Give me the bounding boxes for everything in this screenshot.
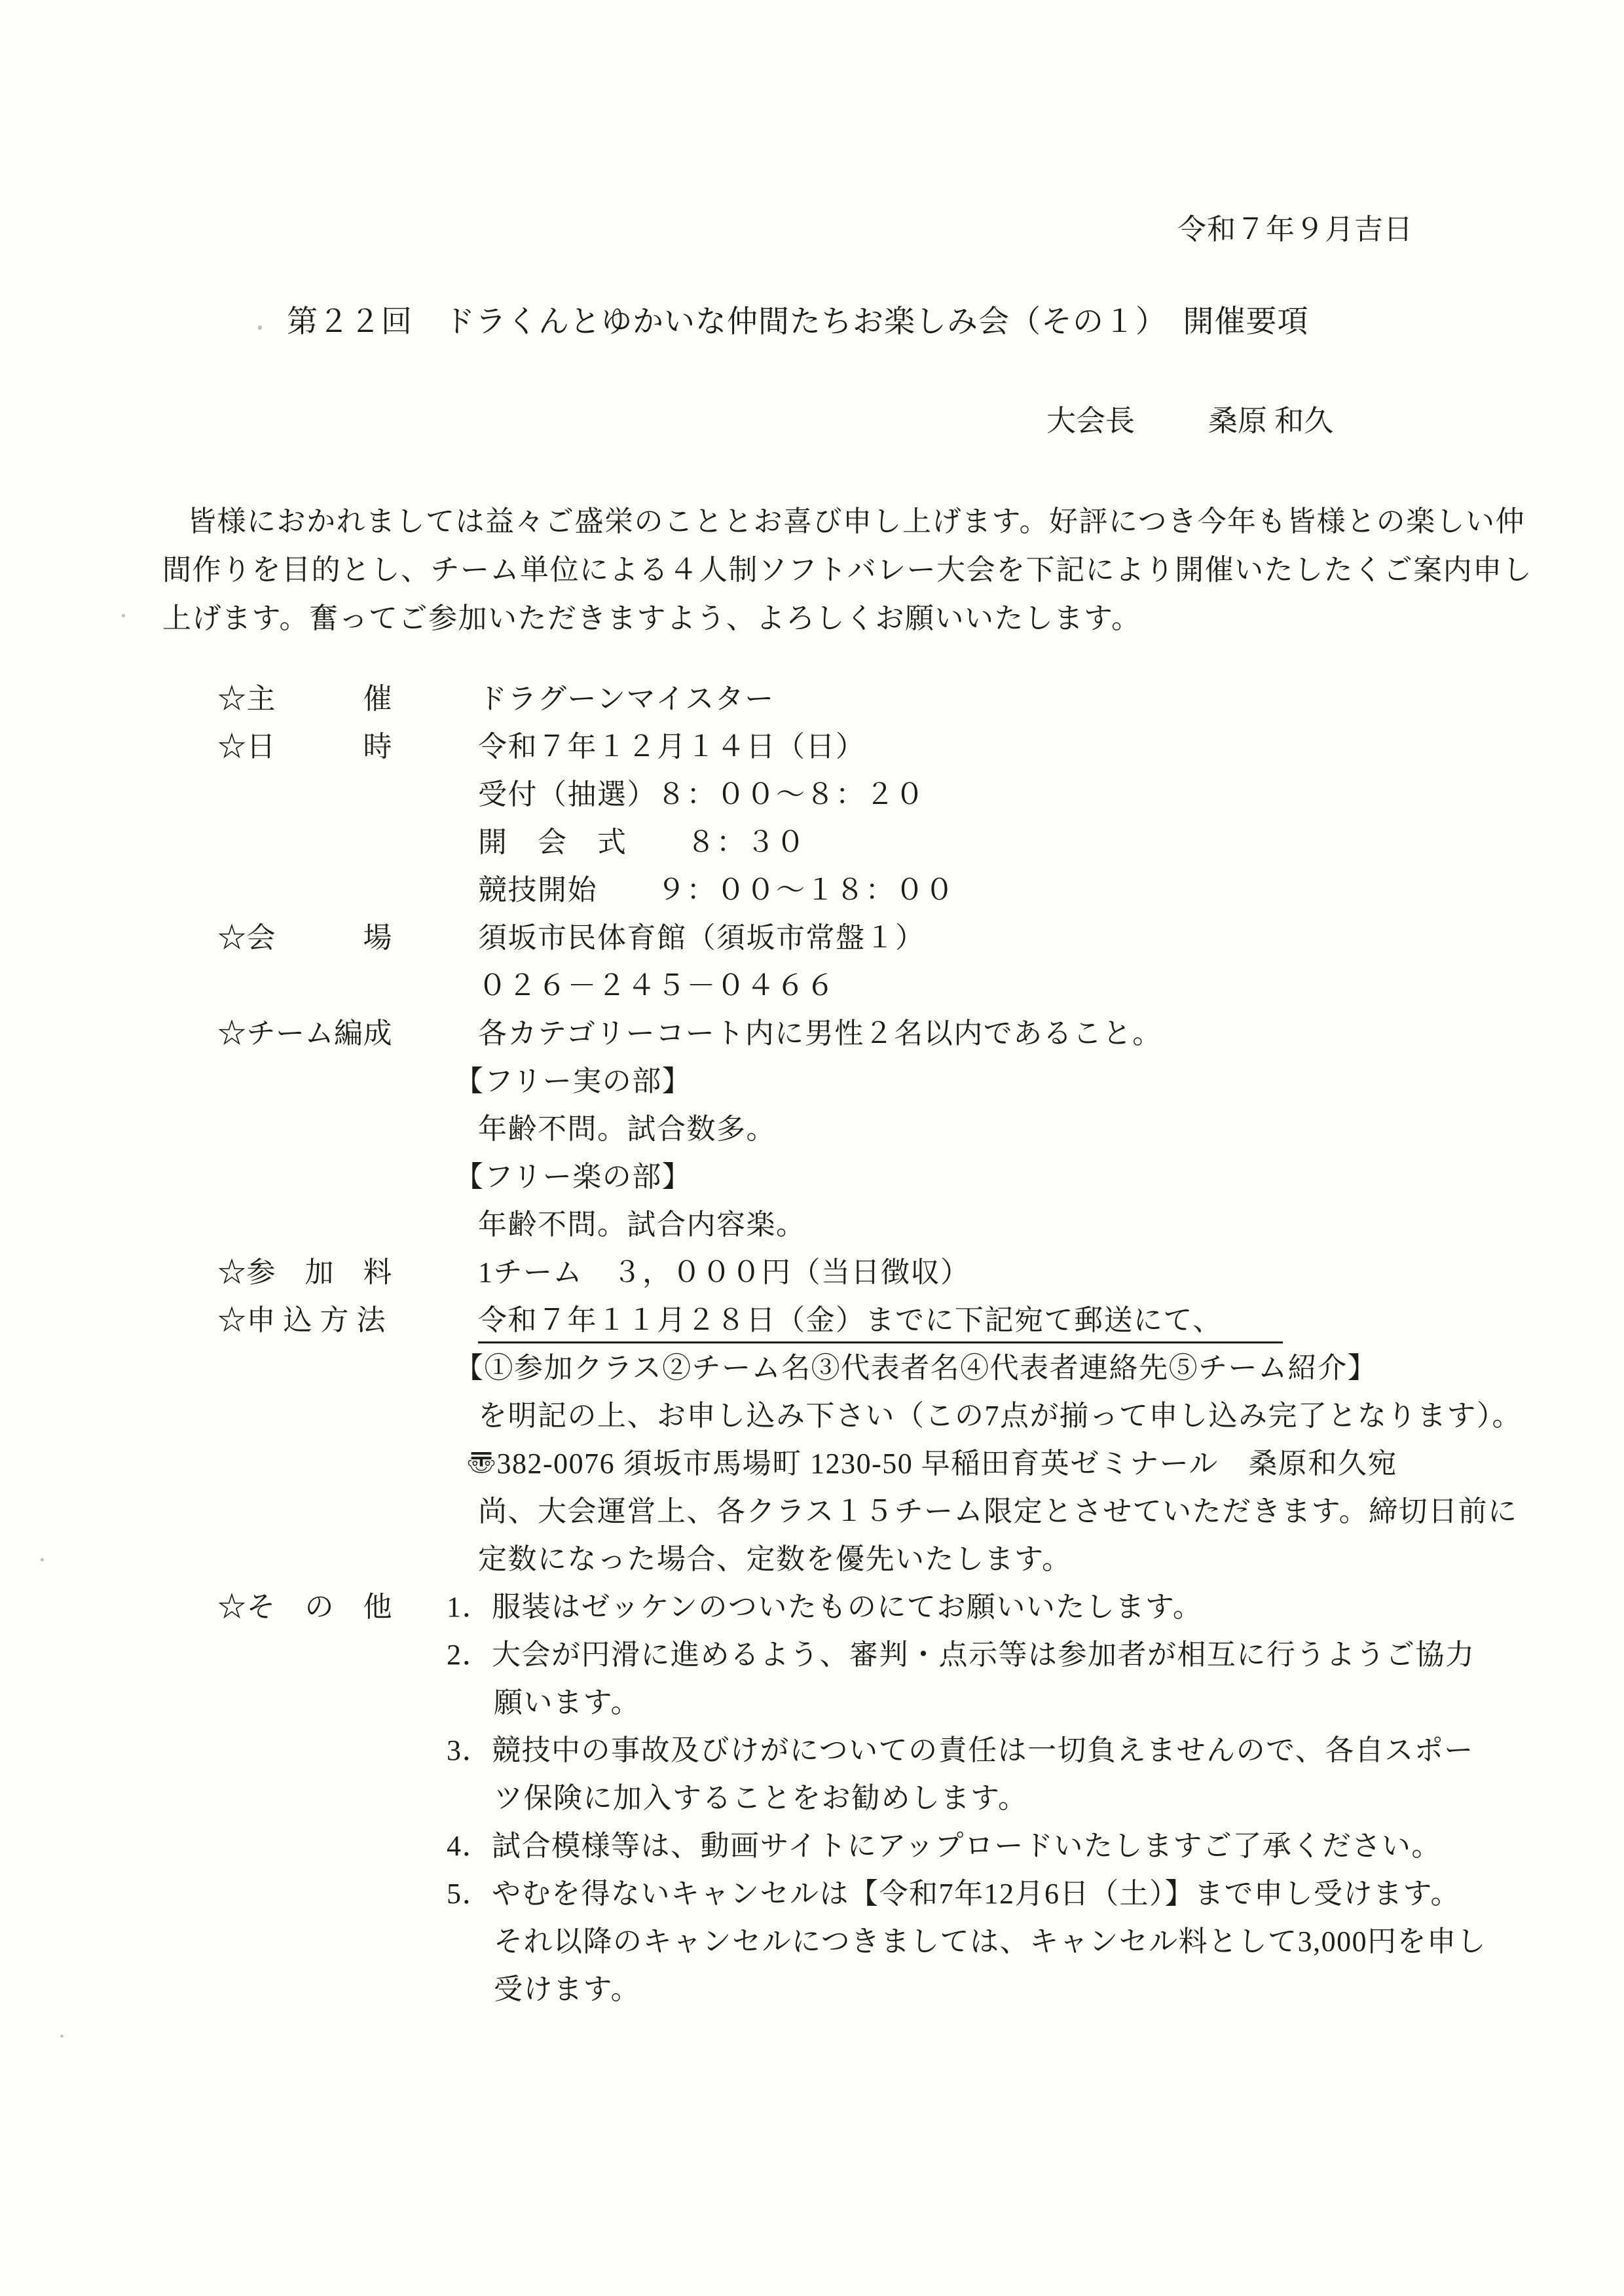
detail-text: 年齢不問。試合内容楽。 xyxy=(478,1208,806,1243)
detail-text: それ以降のキャンセルにつきましては、キャンセル料として3,000円を申し xyxy=(494,1925,1486,1959)
detail-row: ☆会 場須坂市民体育館（須坂市常盤１） xyxy=(0,913,1624,961)
detail-text: 受けます。 xyxy=(494,1973,640,2007)
detail-label: ☆チーム編成 xyxy=(217,1017,392,1051)
detail-text: 尚、大会運営上、各クラス１５チーム限定とさせていただきます。締切日前に xyxy=(478,1495,1518,1529)
detail-text: ツ保険に加入することをお勧めします。 xyxy=(494,1781,1027,1816)
scan-speck xyxy=(41,1558,44,1561)
detail-row: ツ保険に加入することをお勧めします。 xyxy=(0,1774,1624,1821)
document-title: 第２２回 ドラくんとゆかいな仲間たちお楽しみ会（その１） 開催要項 xyxy=(287,297,1309,341)
scan-speck xyxy=(122,614,125,617)
detail-row: 4．試合模様等は、動画サイトにアップロードいたしますご了承ください。 xyxy=(0,1821,1624,1869)
detail-text: 令和７年１２月１４日（日） xyxy=(478,730,866,765)
detail-text: 1チーム ３，０００円（当日徴収） xyxy=(478,1256,970,1290)
details-section: ☆主 催ドラグーンマイスター☆日 時令和７年１２月１４日（日）受付（抽選）８：０… xyxy=(0,674,1624,2013)
detail-text: 1．服装はゼッケンのついたものにてお願いいたします。 xyxy=(447,1590,1202,1625)
detail-row: 年齢不問。試合内容楽。 xyxy=(0,1200,1624,1248)
detail-text: 〠382-0076 須坂市馬場町 1230-50 早稲田育英ゼミナール 桑原和久… xyxy=(467,1447,1397,1482)
detail-row: ☆チーム編成各カテゴリーコート内に男性２名以内であること。 xyxy=(0,1009,1624,1057)
detail-text: 5．やむを得ないキャンセルは【令和7年12月6日（土）】まで申し受けます。 xyxy=(447,1877,1460,1912)
detail-row: 【フリー実の部】 xyxy=(0,1057,1624,1104)
intro-line-3: 上げます。奮ってご参加いただきますよう、よろしくお願いいたします。 xyxy=(162,594,1141,636)
scan-speck xyxy=(60,2035,64,2037)
detail-text: ドラグーンマイスター xyxy=(478,682,775,717)
detail-text: 【フリー実の部】 xyxy=(454,1065,692,1099)
chairman-label: 大会長 xyxy=(1046,397,1135,439)
detail-row: ☆申 込 方 法令和７年１１月２８日（金）までに下記宛て郵送にて、 xyxy=(0,1296,1624,1343)
detail-row: ☆日 時令和７年１２月１４日（日） xyxy=(0,722,1624,770)
detail-row: 競技開始 ９：００～１８：００ xyxy=(0,866,1624,913)
detail-label: ☆会 場 xyxy=(217,921,392,956)
chairman-name: 桑原 和久 xyxy=(1208,397,1333,439)
detail-row: 尚、大会運営上、各クラス１５チーム限定とさせていただきます。締切日前に xyxy=(0,1487,1624,1535)
detail-row: 定数になった場合、定数を優先いたします。 xyxy=(0,1535,1624,1582)
detail-label: ☆申 込 方 法 xyxy=(217,1303,386,1338)
detail-text: 開 会 式 ８：３０ xyxy=(478,826,806,860)
detail-text: ０２６－２４５－０４６６ xyxy=(478,969,836,1004)
intro-line-2: 間作りを目的とし、チーム単位による４人制ソフトバレー大会を下記により開催いたした… xyxy=(162,546,1532,588)
detail-text: 定数になった場合、定数を優先いたします。 xyxy=(478,1542,1071,1577)
detail-text: 受付（抽選）８：００～８：２０ xyxy=(478,778,925,812)
chairman-line: 大会長 桑原 和久 xyxy=(1046,397,1333,439)
detail-row: 年齢不問。試合数多。 xyxy=(0,1104,1624,1152)
detail-text: 須坂市民体育館（須坂市常盤１） xyxy=(478,921,925,956)
detail-row: ０２６－２４５－０４６６ xyxy=(0,961,1624,1009)
detail-row: ☆主 催ドラグーンマイスター xyxy=(0,674,1624,722)
detail-row: ☆そ の 他1．服装はゼッケンのついたものにてお願いいたします。 xyxy=(0,1582,1624,1630)
detail-row: 〠382-0076 須坂市馬場町 1230-50 早稲田育英ゼミナール 桑原和久… xyxy=(0,1439,1624,1487)
detail-row: 受付（抽選）８：００～８：２０ xyxy=(0,770,1624,818)
detail-label: ☆日 時 xyxy=(217,730,392,765)
detail-row: 開 会 式 ８：３０ xyxy=(0,818,1624,866)
detail-text: 願います。 xyxy=(494,1686,640,1721)
detail-row: それ以降のキャンセルにつきましては、キャンセル料として3,000円を申し xyxy=(0,1917,1624,1965)
issue-date: 令和７年９月吉日 xyxy=(1177,206,1413,247)
detail-text: 4．試合模様等は、動画サイトにアップロードいたしますご了承ください。 xyxy=(447,1829,1441,1864)
detail-row: 【①参加クラス②チーム名③代表者名④代表者連絡先⑤チーム紹介】 xyxy=(0,1343,1624,1391)
detail-text: 競技開始 ９：００～１８：００ xyxy=(478,873,955,908)
detail-label: ☆主 催 xyxy=(217,682,392,717)
detail-text: 2．大会が円滑に進めるよう、審判・点示等は参加者が相互に行うようご協力 xyxy=(447,1638,1475,1673)
detail-label: ☆そ の 他 xyxy=(217,1590,392,1625)
detail-row: ☆参 加 料1チーム ３，０００円（当日徴収） xyxy=(0,1248,1624,1296)
detail-text: 年齢不問。試合数多。 xyxy=(478,1112,776,1147)
detail-text: 各カテゴリーコート内に男性２名以内であること。 xyxy=(478,1017,1162,1051)
intro-line-1: 皆様におかれましては益々ご盛栄のこととお喜び申し上げます。好評につき今年も皆様と… xyxy=(187,498,1525,539)
scanned-document-page: 令和７年９月吉日 第２２回 ドラくんとゆかいな仲間たちお楽しみ会（その１） 開催… xyxy=(0,0,1624,2296)
detail-text: 令和７年１１月２８日（金）までに下記宛て郵送にて、 xyxy=(478,1303,1283,1343)
detail-row: 受けます。 xyxy=(0,1965,1624,2013)
detail-row: 【フリー楽の部】 xyxy=(0,1152,1624,1200)
detail-row: 5．やむを得ないキャンセルは【令和7年12月6日（土）】まで申し受けます。 xyxy=(0,1869,1624,1917)
detail-row: 2．大会が円滑に進めるよう、審判・点示等は参加者が相互に行うようご協力 xyxy=(0,1630,1624,1678)
detail-row: 願います。 xyxy=(0,1678,1624,1726)
detail-label: ☆参 加 料 xyxy=(217,1256,392,1290)
detail-row: 3．競技中の事故及びけがについての責任は一切負えませんので、各自スポー xyxy=(0,1726,1624,1774)
scan-speck xyxy=(258,325,262,330)
detail-row: を明記の上、お申し込み下さい（この7点が揃って申し込み完了となります）。 xyxy=(0,1391,1624,1439)
detail-text: 【①参加クラス②チーム名③代表者名④代表者連絡先⑤チーム紹介】 xyxy=(454,1351,1377,1386)
detail-text: 【フリー楽の部】 xyxy=(454,1160,692,1195)
detail-text: を明記の上、お申し込み下さい（この7点が揃って申し込み完了となります）。 xyxy=(478,1399,1522,1434)
detail-text: 3．競技中の事故及びけがについての責任は一切負えませんので、各自スポー xyxy=(447,1734,1474,1768)
